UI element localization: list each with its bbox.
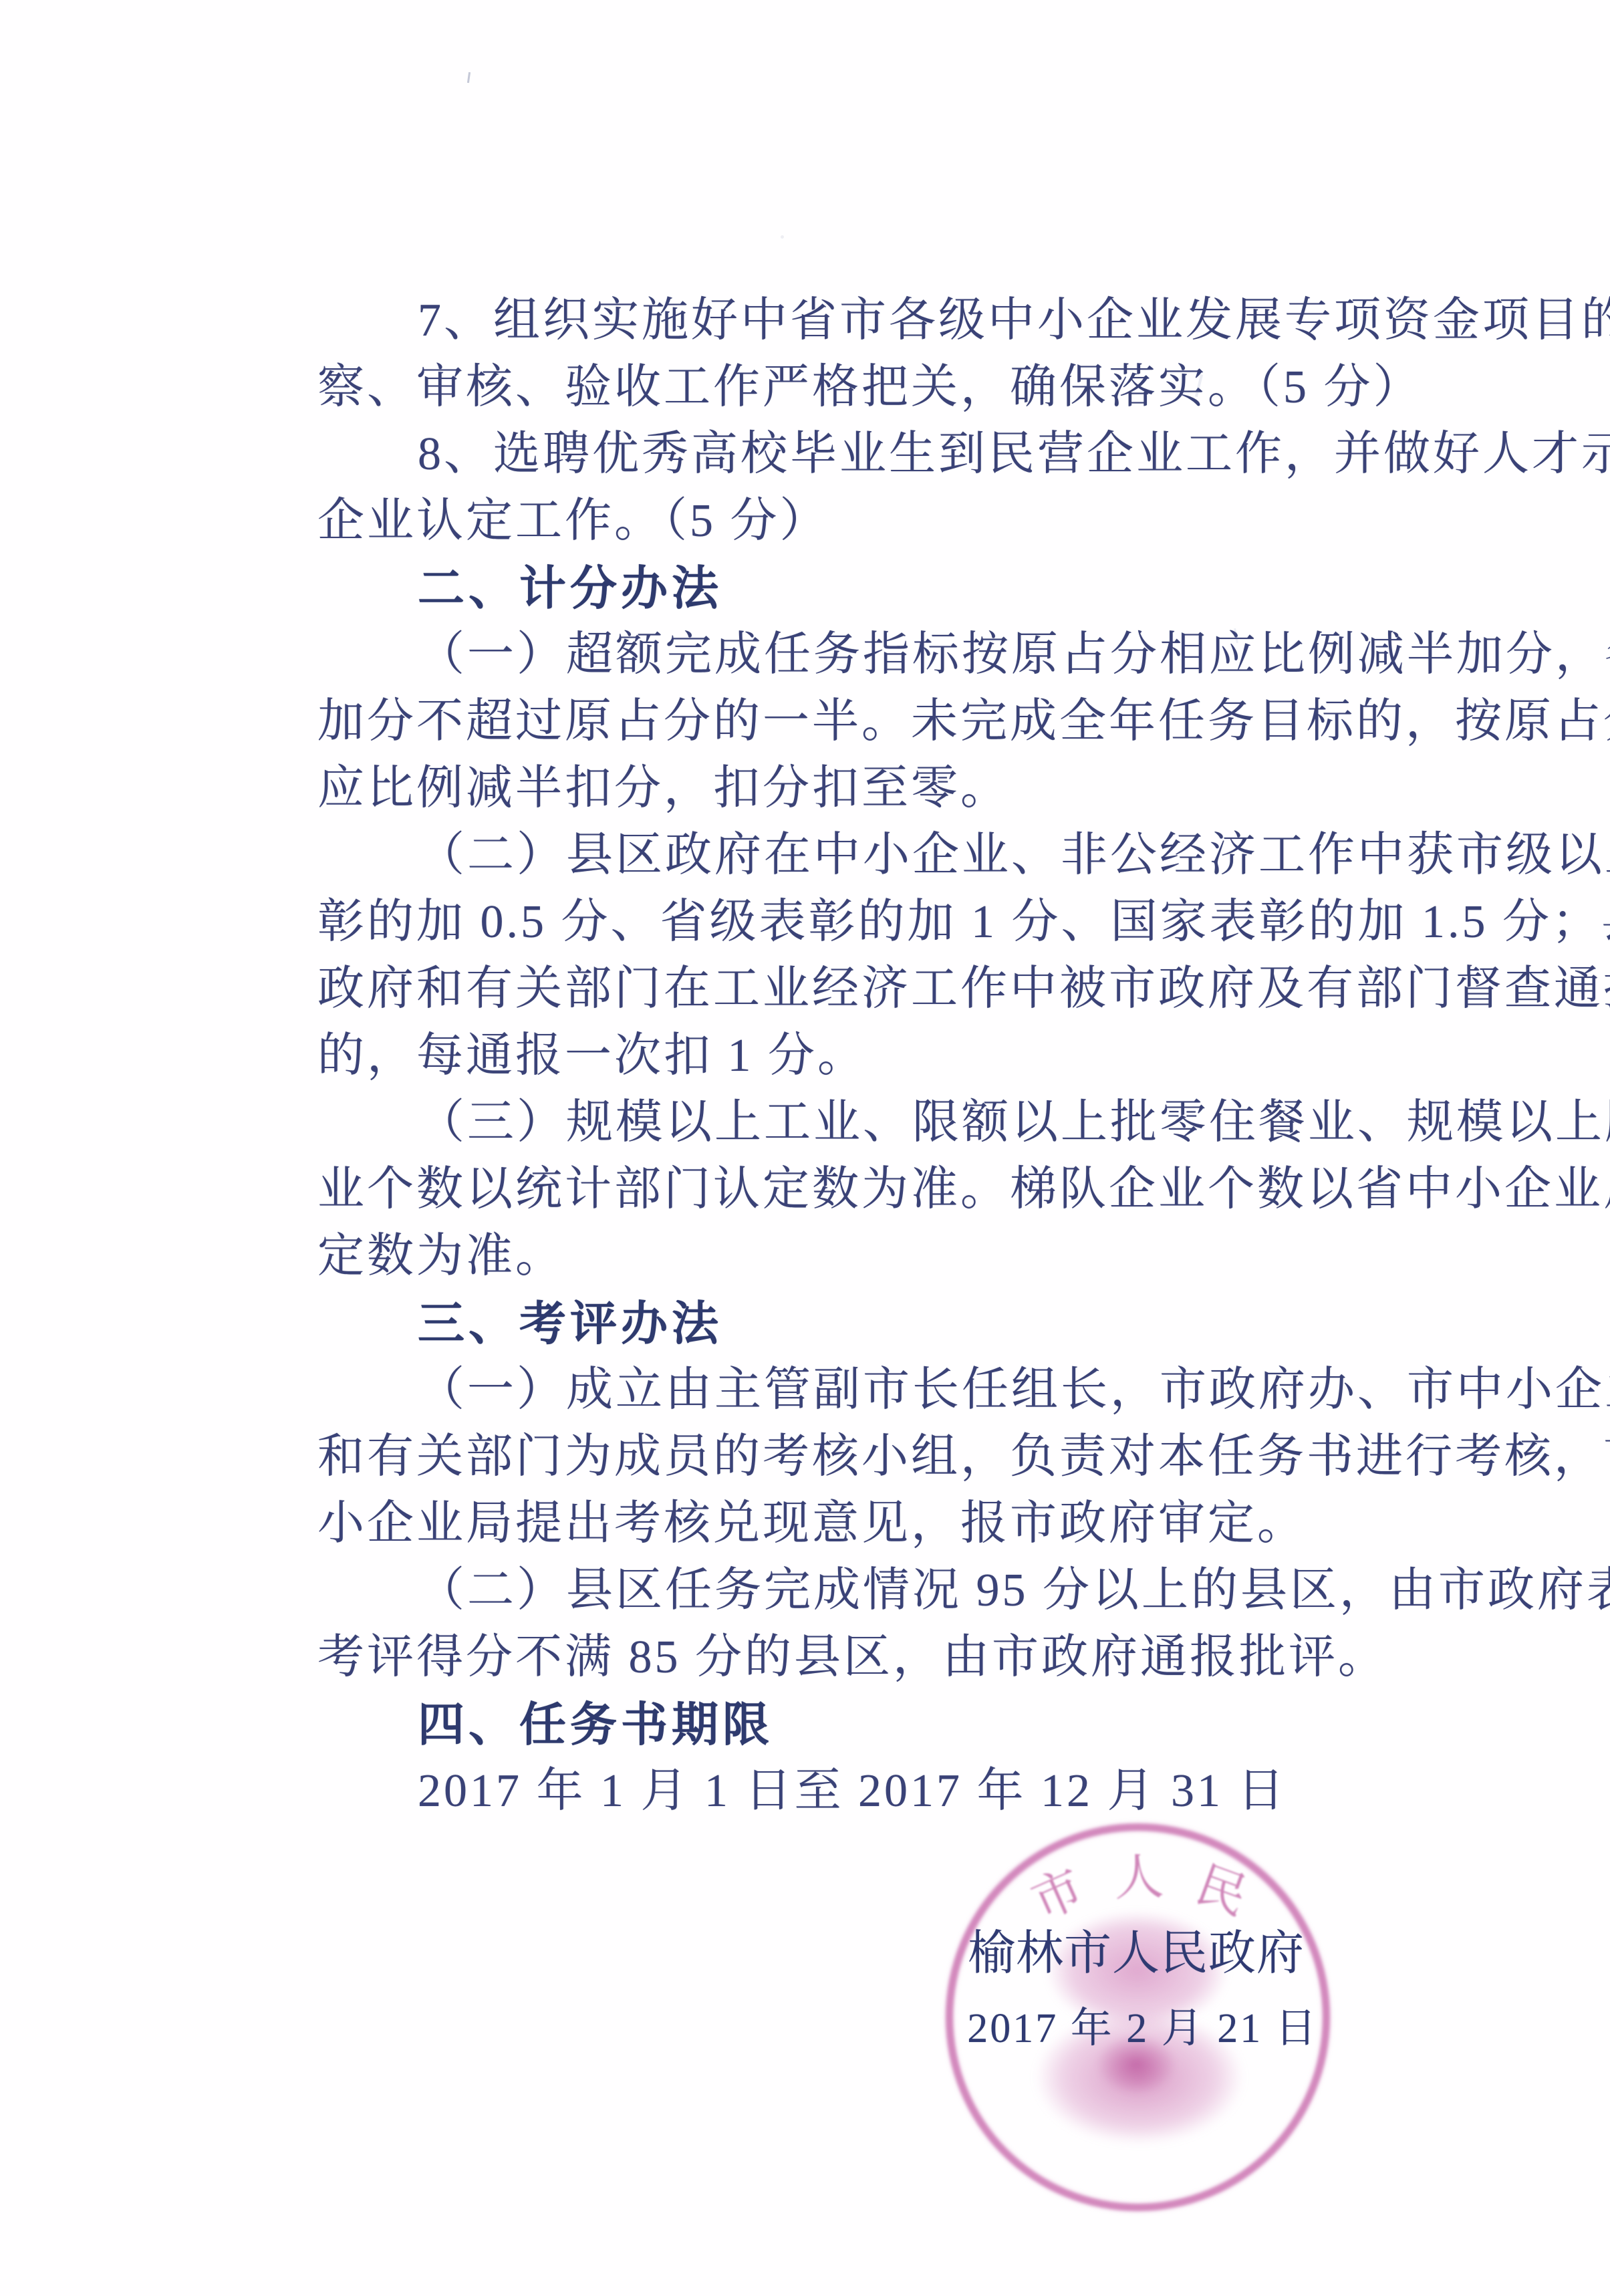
signature-agency: 榆林市人民政府	[962, 1925, 1310, 1983]
seal-arc-char: 人	[1113, 1837, 1165, 1910]
scan-speck	[781, 235, 784, 239]
text-line: 小企业局提出考核兑现意见，报市政府审定。	[317, 1491, 1569, 1557]
text-line: 加分不超过原占分的一半。未完成全年任务目标的，按原占分相	[317, 688, 1569, 755]
text-line: （二）县区任务完成情况 95 分以上的县区，由市政府表彰；	[317, 1557, 1569, 1624]
text-line: （一）超额完成任务指标按原占分相应比例减半加分，各项	[317, 622, 1569, 688]
scan-speck	[467, 72, 471, 83]
text-line: 的，每通报一次扣 1 分。	[317, 1023, 1569, 1090]
text-line: 彰的加 0.5 分、省级表彰的加 1 分、国家表彰的加 1.5 分；县区	[317, 889, 1569, 956]
text-line: 2017 年 1 月 1 日至 2017 年 12 月 31 日	[317, 1758, 1569, 1825]
text-line: 8、选聘优秀高校毕业生到民营企业工作，并做好人才示范	[317, 421, 1569, 488]
document-body: 7、组织实施好中省市各级中小企业发展专项资金项目的考察、审核、验收工作严格把关，…	[317, 287, 1569, 1825]
text-line: （一）成立由主管副市长任组长，市政府办、市中小企业局	[317, 1357, 1569, 1424]
section-heading: 三、考评办法	[317, 1290, 1569, 1357]
text-line: 7、组织实施好中省市各级中小企业发展专项资金项目的考	[317, 287, 1569, 354]
text-line: 业个数以统计部门认定数为准。梯队企业个数以省中小企业局认	[317, 1156, 1569, 1223]
section-heading: 二、计分办法	[317, 555, 1569, 622]
text-line: 和有关部门为成员的考核小组，负责对本任务书进行考核，市中	[317, 1424, 1569, 1491]
text-line: 考评得分不满 85 分的县区，由市政府通报批评。	[317, 1624, 1569, 1691]
signature-date: 2017 年 2 月 21 日	[956, 2002, 1330, 2055]
document-page: 7、组织实施好中省市各级中小企业发展专项资金项目的考察、审核、验收工作严格把关，…	[0, 0, 1610, 2296]
text-line: 察、审核、验收工作严格把关，确保落实。（5 分）	[317, 354, 1569, 421]
text-line: 政府和有关部门在工业经济工作中被市政府及有部门督查通报	[317, 956, 1569, 1023]
text-line: （三）规模以上工业、限额以上批零住餐业、规模以上服务	[317, 1090, 1569, 1156]
text-line: 定数为准。	[317, 1223, 1569, 1290]
text-line: 应比例减半扣分，扣分扣至零。	[317, 755, 1569, 822]
text-line: 企业认定工作。（5 分）	[317, 488, 1569, 555]
section-heading: 四、任务书期限	[317, 1691, 1569, 1758]
text-line: （二）县区政府在中小企业、非公经济工作中获市级以上表	[317, 822, 1569, 889]
